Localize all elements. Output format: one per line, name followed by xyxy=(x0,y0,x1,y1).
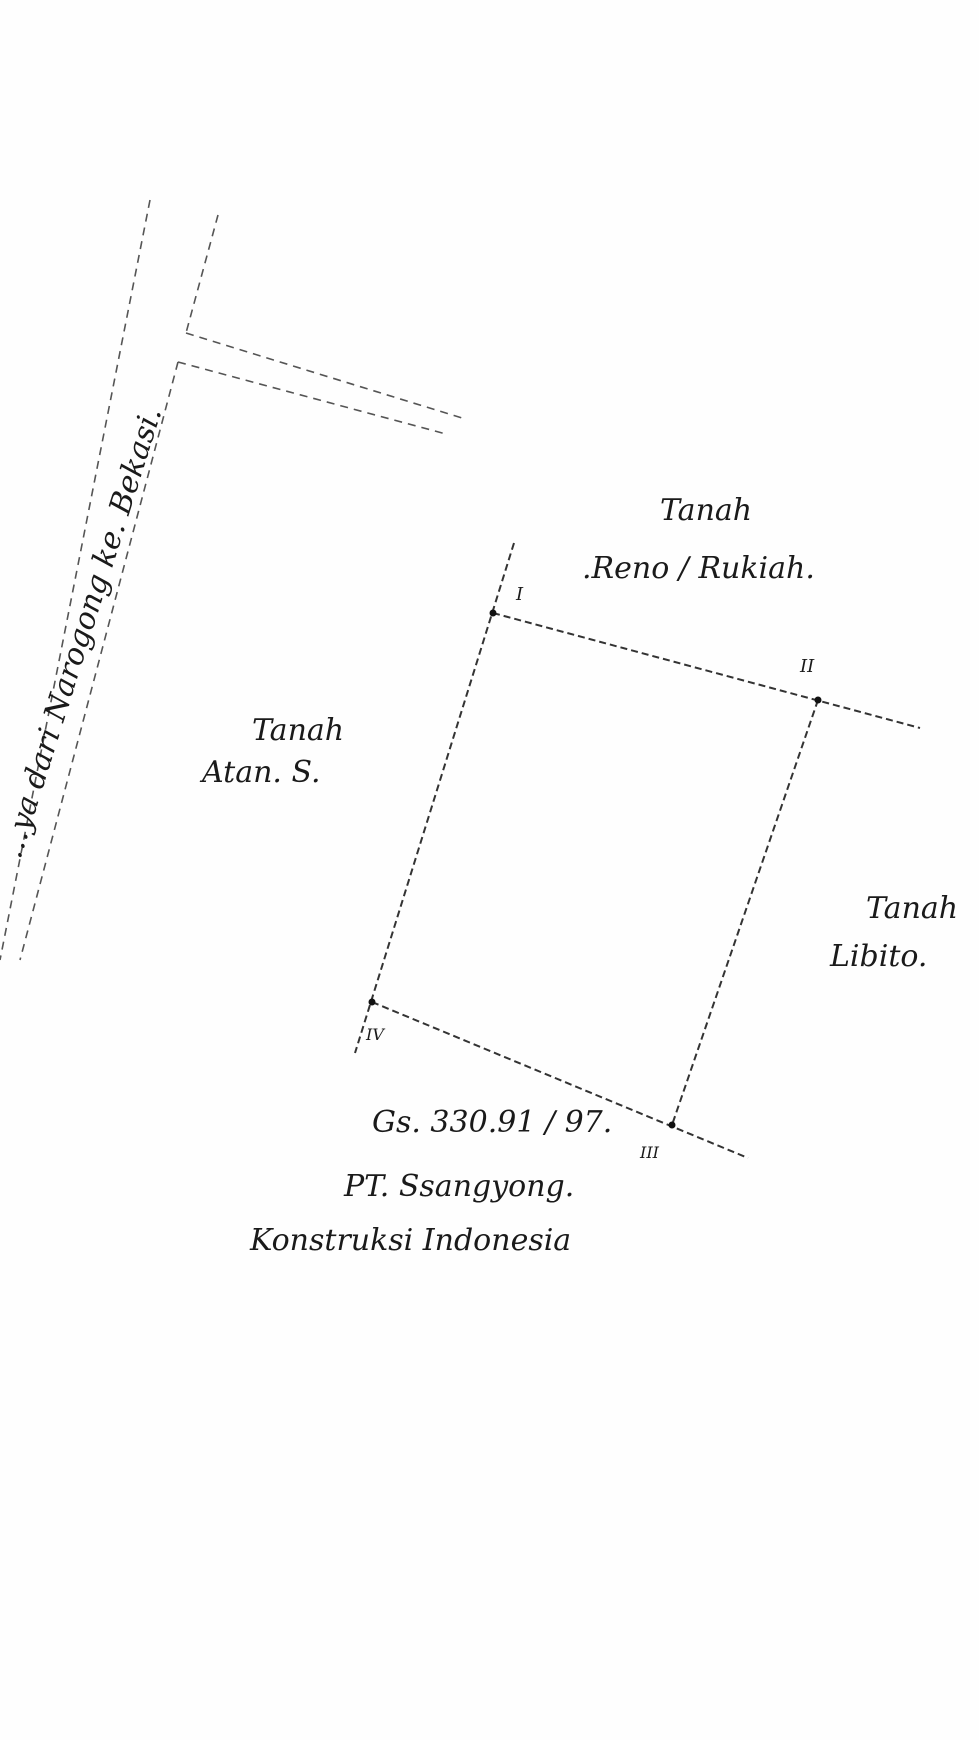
survey-number: Gs. 330.91 / 97. xyxy=(372,1105,612,1140)
neighbor-east-name: Libito. xyxy=(829,939,927,974)
corner-label-iii: III xyxy=(639,1143,660,1162)
side-road-edge-bottom xyxy=(178,362,446,434)
corner-label-i: I xyxy=(515,584,524,605)
parcel-edge-west xyxy=(355,543,514,1053)
owner-name-line2: Konstruksi Indonesia xyxy=(249,1223,571,1258)
sketch-map-sheet: ...ya dari Narogong ke. Bekasi. I II III… xyxy=(0,0,979,1740)
neighbor-north-name: .Reno / Rukiah. xyxy=(582,551,815,586)
corner-marker-i xyxy=(490,610,497,617)
road-edge-right-upper xyxy=(186,215,218,333)
corner-label-iv: IV xyxy=(365,1025,385,1044)
owner-name-line1: PT. Ssangyong. xyxy=(343,1169,574,1204)
neighbor-west-title: Tanah xyxy=(252,713,344,748)
road-label: ...ya dari Narogong ke. Bekasi. xyxy=(0,403,169,863)
neighbor-north-title: Tanah xyxy=(660,493,752,528)
neighbor-north: Tanah .Reno / Rukiah. xyxy=(582,493,815,586)
corner-marker-ii xyxy=(815,697,822,704)
corner-marker-iii xyxy=(669,1122,676,1129)
parcel-boundary xyxy=(355,543,920,1158)
neighbor-west-name: Atan. S. xyxy=(199,755,321,790)
parcel-edge-north xyxy=(493,613,920,728)
corner-label-ii: II xyxy=(799,656,815,677)
parcel-edge-east xyxy=(672,700,818,1125)
side-road xyxy=(178,333,462,434)
neighbor-east-title: Tanah xyxy=(866,891,958,926)
parcel-caption: Gs. 330.91 / 97. PT. Ssangyong. Konstruk… xyxy=(249,1105,612,1258)
neighbor-east: Tanah Libito. xyxy=(829,891,958,974)
corner-marker-iv xyxy=(369,999,376,1006)
parcel-plan: ...ya dari Narogong ke. Bekasi. I II III… xyxy=(0,0,979,1740)
side-road-edge-top xyxy=(186,333,462,418)
neighbor-west: Tanah Atan. S. xyxy=(199,713,344,790)
